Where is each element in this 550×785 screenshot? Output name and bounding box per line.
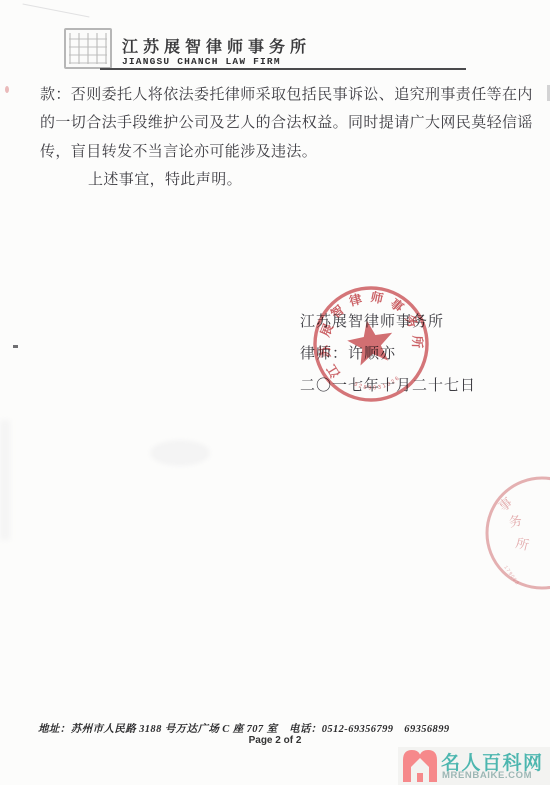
signature-date: 二〇一七年十月二十七日 xyxy=(300,370,476,402)
side-seal-char-1: 事 xyxy=(496,495,515,515)
closing-statement: 上述事宜，特此声明。 xyxy=(88,166,515,194)
letterhead-firm-name-en: JIANGSU CHANCH LAW FIRM xyxy=(122,56,281,67)
watermark-site-domain: MRENBAIKE.COM xyxy=(442,770,532,781)
letterhead-firm-name-cn: 江苏展智律师事务所 xyxy=(122,34,311,57)
body-line-1: 款：否则委托人将依法委托律师采取包括民事诉讼、追究刑事责任等在内 xyxy=(40,81,515,109)
body-line-3: 传，盲目转发不当言论亦可能涉及违法。 xyxy=(40,138,515,166)
site-watermark: 名人百科网 MRENBAIKE.COM xyxy=(398,747,550,785)
side-seal-char-3: 所 xyxy=(514,535,530,553)
scan-artifact-red-dot-left xyxy=(5,86,9,93)
footer-address: 地址：苏州市人民路 3188 号万达广场 C 座 707 室 xyxy=(38,721,278,736)
logo-seal-pattern xyxy=(69,33,107,64)
scan-artifact-corner-line xyxy=(23,4,90,18)
scan-artifact-smudge xyxy=(150,440,210,466)
partial-seal-right-edge-icon: 事 务 所 179058 xyxy=(480,470,550,600)
scanned-legal-letter-page: 江苏展智律师事务所 JIANGSU CHANCH LAW FIRM 款：否则委托… xyxy=(0,0,550,785)
signature-lawyer-name: 律师：许顺亦 xyxy=(300,338,476,370)
body-line-2: 的一切合法手段维护公司及艺人的合法权益。同时提请广大网民莫轻信谣 xyxy=(40,109,515,137)
side-seal-serial-fragment: 179058 xyxy=(502,565,520,587)
scan-artifact-dark-dash-left xyxy=(13,345,18,348)
law-firm-logo-seal-icon xyxy=(64,28,112,69)
page-number: Page 2 of 2 xyxy=(0,735,550,746)
footer-phone: 电话：0512-69356799 69356899 xyxy=(289,721,450,736)
mrenbaike-m-house-logo-icon xyxy=(403,750,437,782)
scan-artifact-edge-smudge xyxy=(0,420,10,540)
side-seal-char-2: 务 xyxy=(508,513,524,530)
signature-firm-name: 江苏展智律师事务所 xyxy=(300,306,476,338)
signature-block: 江苏展智律师事务所 律师：许顺亦 二〇一七年十月二十七日 xyxy=(300,306,476,402)
letter-body: 款：否则委托人将依法委托律师采取包括民事诉讼、追究刑事责任等在内 的一切合法手段… xyxy=(40,81,515,195)
letterhead-divider xyxy=(100,68,466,70)
